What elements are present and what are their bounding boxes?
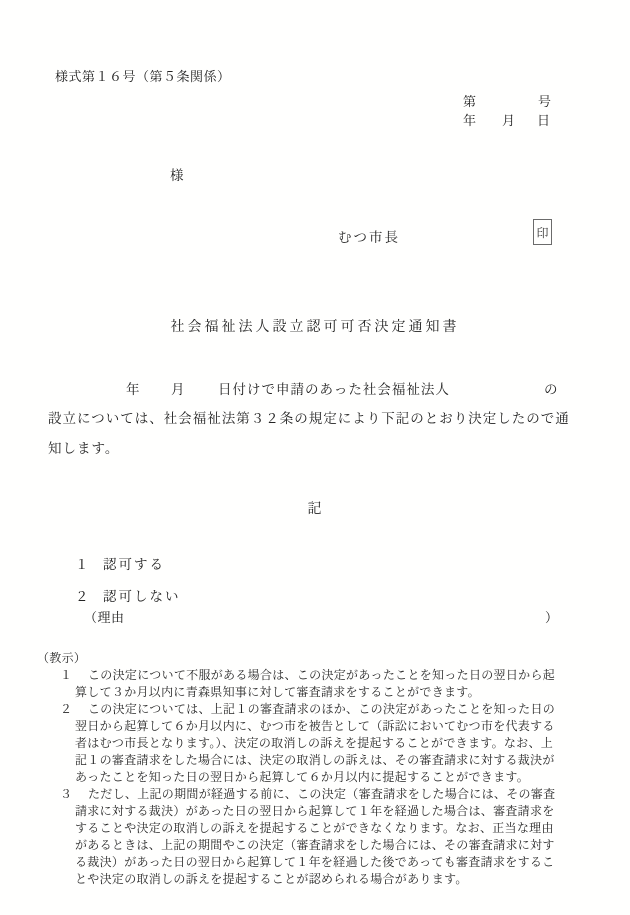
instruction-item-3-line-2: 請求に対する裁決）があった日の翌日から起算して１年を経過した場合は、審査請求を [0, 803, 630, 820]
body-line1-tail: の [544, 378, 559, 398]
instruction-item-3-line-3: することや決定の取消しの訴えを提起することができなくなります。なお、正当な理由 [0, 820, 630, 837]
appeal-instructions-heading: （教示） [0, 650, 630, 667]
doc-number-prefix: 第 [463, 91, 477, 110]
date-month-label: 月 [502, 110, 516, 129]
date-day-label: 日 [537, 110, 551, 129]
instruction-item-1-number: １ [60, 667, 88, 684]
sender-title: むつ市長 [338, 226, 400, 246]
instruction-item-3-number: ３ [60, 786, 88, 803]
instruction-item-3-line-5: る裁決）があった日の翌日から起算して１年を経過した後であっても審査請求をするこ [0, 854, 630, 871]
option-approve-label: 認可する [103, 553, 165, 573]
seal-character: 印 [536, 224, 548, 241]
instruction-item-2: ２ この決定については、上記１の審査請求のほか、この決定があったことを知った日の [0, 701, 630, 718]
body-year-label: 年 [126, 378, 141, 398]
instruction-item-1: １ この決定について不服がある場合は、この決定があったことを知った日の翌日から起 [0, 667, 630, 684]
body-line3: 知します。 [48, 437, 119, 457]
instruction-item-3-line-6: とや決定の取消しの訴えを提起することが認められる場合があります。 [0, 871, 630, 888]
instruction-item-2-number: ２ [60, 701, 88, 718]
form-number-label: 様式第１６号（第５条関係） [55, 66, 231, 85]
reason-close-paren: ） [545, 607, 559, 626]
option-approve-number: １ [75, 553, 103, 573]
instruction-item-1-line-1: この決定について不服がある場合は、この決定があったことを知った日の翌日から起 [88, 667, 555, 684]
document-title: 社会福祉法人設立認可可否決定通知書 [0, 316, 630, 336]
option-disapprove-number: ２ [75, 585, 103, 605]
doc-number-suffix: 号 [538, 91, 552, 110]
body-line1-text: 日付けで申請のあった社会福祉法人 [218, 378, 450, 398]
instruction-item-3: ３ ただし、上記の期間が経過する前に、この決定（審査請求をした場合には、その審査 [0, 786, 630, 803]
instruction-item-2-line-2: 翌日から起算して６か月以内に、むつ市を被告として（訴訟においてむつ市を代表する [0, 718, 630, 735]
record-heading: 記 [0, 498, 630, 518]
instruction-item-1-line-2: 算して３か月以内に青森県知事に対して審査請求をすることができます。 [0, 684, 630, 701]
instruction-item-2-line-3: 者はむつ市長となります。）、決定の取消しの訴えを提起することができます。なお、上 [0, 735, 630, 752]
seal-placeholder-box: 印 [533, 219, 552, 245]
instruction-item-2-line-1: この決定については、上記１の審査請求のほか、この決定があったことを知った日の [88, 701, 555, 718]
instruction-item-3-line-1: ただし、上記の期間が経過する前に、この決定（審査請求をした場合には、その審査 [88, 786, 555, 803]
option-disapprove: ２ 認可しない [75, 585, 181, 605]
body-line2: 設立については、社会福祉法第３２条の規定により下記のとおり決定したので通 [48, 407, 570, 427]
instruction-item-2-line-5: あったことを知った日の翌日から起算して６か月以内に提起することができます。 [0, 769, 630, 786]
appeal-instructions-section: （教示） １ この決定について不服がある場合は、この決定があったことを知った日の… [0, 650, 630, 888]
body-month-label: 月 [171, 378, 186, 398]
document-page: 様式第１６号（第５条関係） 第 号 年 月 日 様 むつ市長 印 社会福祉法人設… [0, 0, 630, 915]
date-year-label: 年 [463, 110, 477, 129]
option-approve: １ 認可する [75, 553, 165, 573]
addressee-honorific: 様 [170, 164, 185, 184]
reason-open-paren: （理由 [84, 607, 125, 626]
instruction-item-2-line-4: 記１の審査請求をした場合には、決定の取消しの訴えは、その審査請求に対する裁決が [0, 752, 630, 769]
option-disapprove-label: 認可しない [103, 585, 181, 605]
instruction-item-3-line-4: があるときは、上記の期間やこの決定（審査請求をした場合には、その審査請求に対す [0, 837, 630, 854]
